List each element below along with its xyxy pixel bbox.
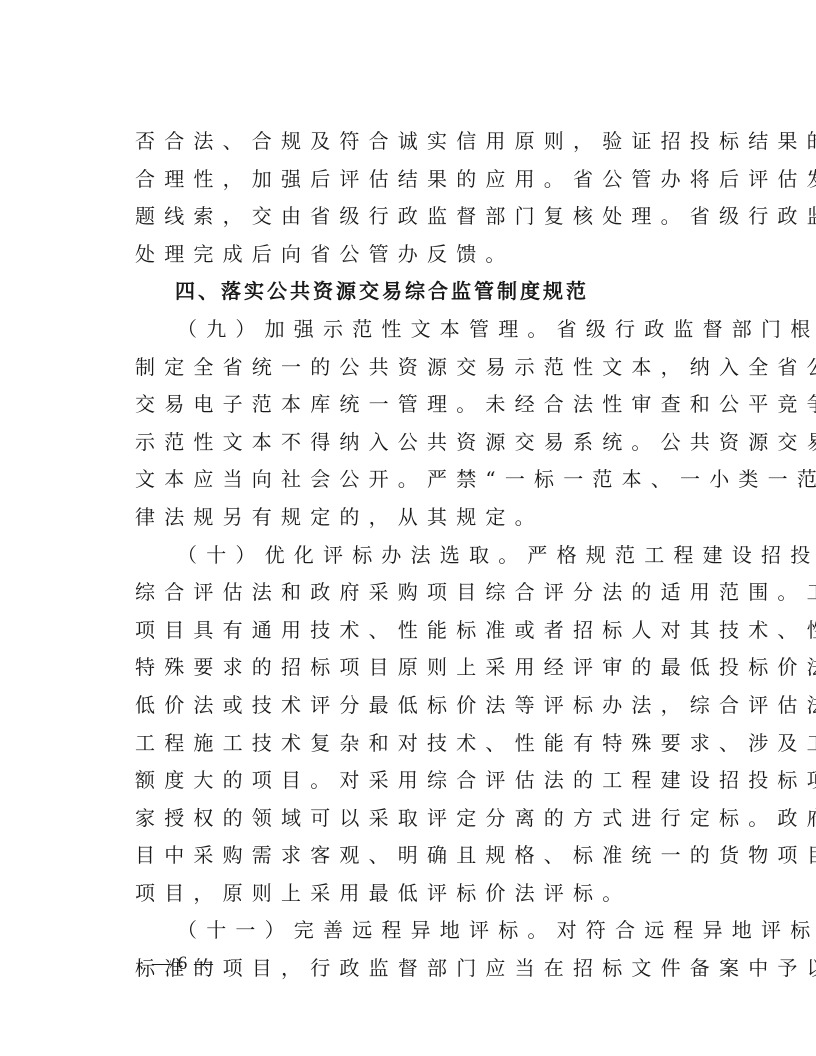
text-line: 额度大的项目。对采用综合评估法的工程建设招投标项目在国 [135, 762, 695, 800]
text-line: 合理性，加强后评估结果的应用。省公管办将后评估发现的问 [135, 161, 695, 199]
paragraph-item-11: （十一）完善远程异地评标。对符合远程异地评标规模、 标准的项目，行政监督部门应当… [135, 912, 695, 987]
text-line: 标准的项目，行政监督部门应当在招标文件备案中予以明确。 [135, 950, 695, 988]
text-line: 特殊要求的招标项目原则上采用经评审的最低投标价法、合理 [135, 649, 695, 687]
document-page: 否合法、合规及符合诚实信用原则，验证招投标结果的合法性、 合理性，加强后评估结果… [0, 0, 816, 1056]
page-number: — 6 — [152, 953, 214, 975]
text-line: （十一）完善远程异地评标。对符合远程异地评标规模、 [135, 912, 695, 950]
text-line: 家授权的领域可以采取评定分离的方式进行定标。政府采购项 [135, 800, 695, 838]
paragraph-item-10: （十）优化评标办法选取。严格规范工程建设招投标项目 综合评估法和政府采购项目综合… [135, 537, 695, 913]
text-line: 制定全省统一的公共资源交易示范性文本，纳入全省公共资源 [135, 349, 695, 387]
text-line: 目中采购需求客观、明确且规格、标准统一的货物项目和服务 [135, 837, 695, 875]
text-line: 项目，原则上采用最低评标价法评标。 [135, 875, 695, 913]
section-heading: 四、落实公共资源交易综合监管制度规范 [135, 273, 695, 311]
paragraph-continuation: 否合法、合规及符合诚实信用原则，验证招投标结果的合法性、 合理性，加强后评估结果… [135, 123, 695, 273]
text-line: 交易电子范本库统一管理。未经合法性审查和公平竞争审查的 [135, 386, 695, 424]
text-line: 否合法、合规及符合诚实信用原则，验证招投标结果的合法性、 [135, 123, 695, 161]
text-line: 项目具有通用技术、性能标准或者招标人对其技术、性能没有 [135, 612, 695, 650]
text-line: 示范性文本不得纳入公共资源交易系统。公共资源交易示范性 [135, 424, 695, 462]
text-line: 工程施工技术复杂和对技术、性能有特殊要求、涉及工程资金 [135, 725, 695, 763]
text-line: 律法规另有规定的，从其规定。 [135, 499, 695, 537]
document-body: 否合法、合规及符合诚实信用原则，验证招投标结果的合法性、 合理性，加强后评估结果… [135, 123, 695, 988]
text-line: （十）优化评标办法选取。严格规范工程建设招投标项目 [135, 537, 695, 575]
text-line: 题线索，交由省级行政监督部门复核处理。省级行政监督部门 [135, 198, 695, 236]
text-line: 处理完成后向省公管办反馈。 [135, 236, 695, 274]
text-line: （九）加强示范性文本管理。省级行政监督部门根据职责 [135, 311, 695, 349]
paragraph-item-9: （九）加强示范性文本管理。省级行政监督部门根据职责 制定全省统一的公共资源交易示… [135, 311, 695, 537]
heading-text: 四、落实公共资源交易综合监管制度规范 [135, 273, 695, 311]
text-line: 综合评估法和政府采购项目综合评分法的适用范围。工程建设 [135, 574, 695, 612]
text-line: 文本应当向社会公开。严禁“一标一范本、一小类一范本”。 法 [135, 461, 695, 499]
text-line: 低价法或技术评分最低标价法等评标办法，综合评估法适用于 [135, 687, 695, 725]
